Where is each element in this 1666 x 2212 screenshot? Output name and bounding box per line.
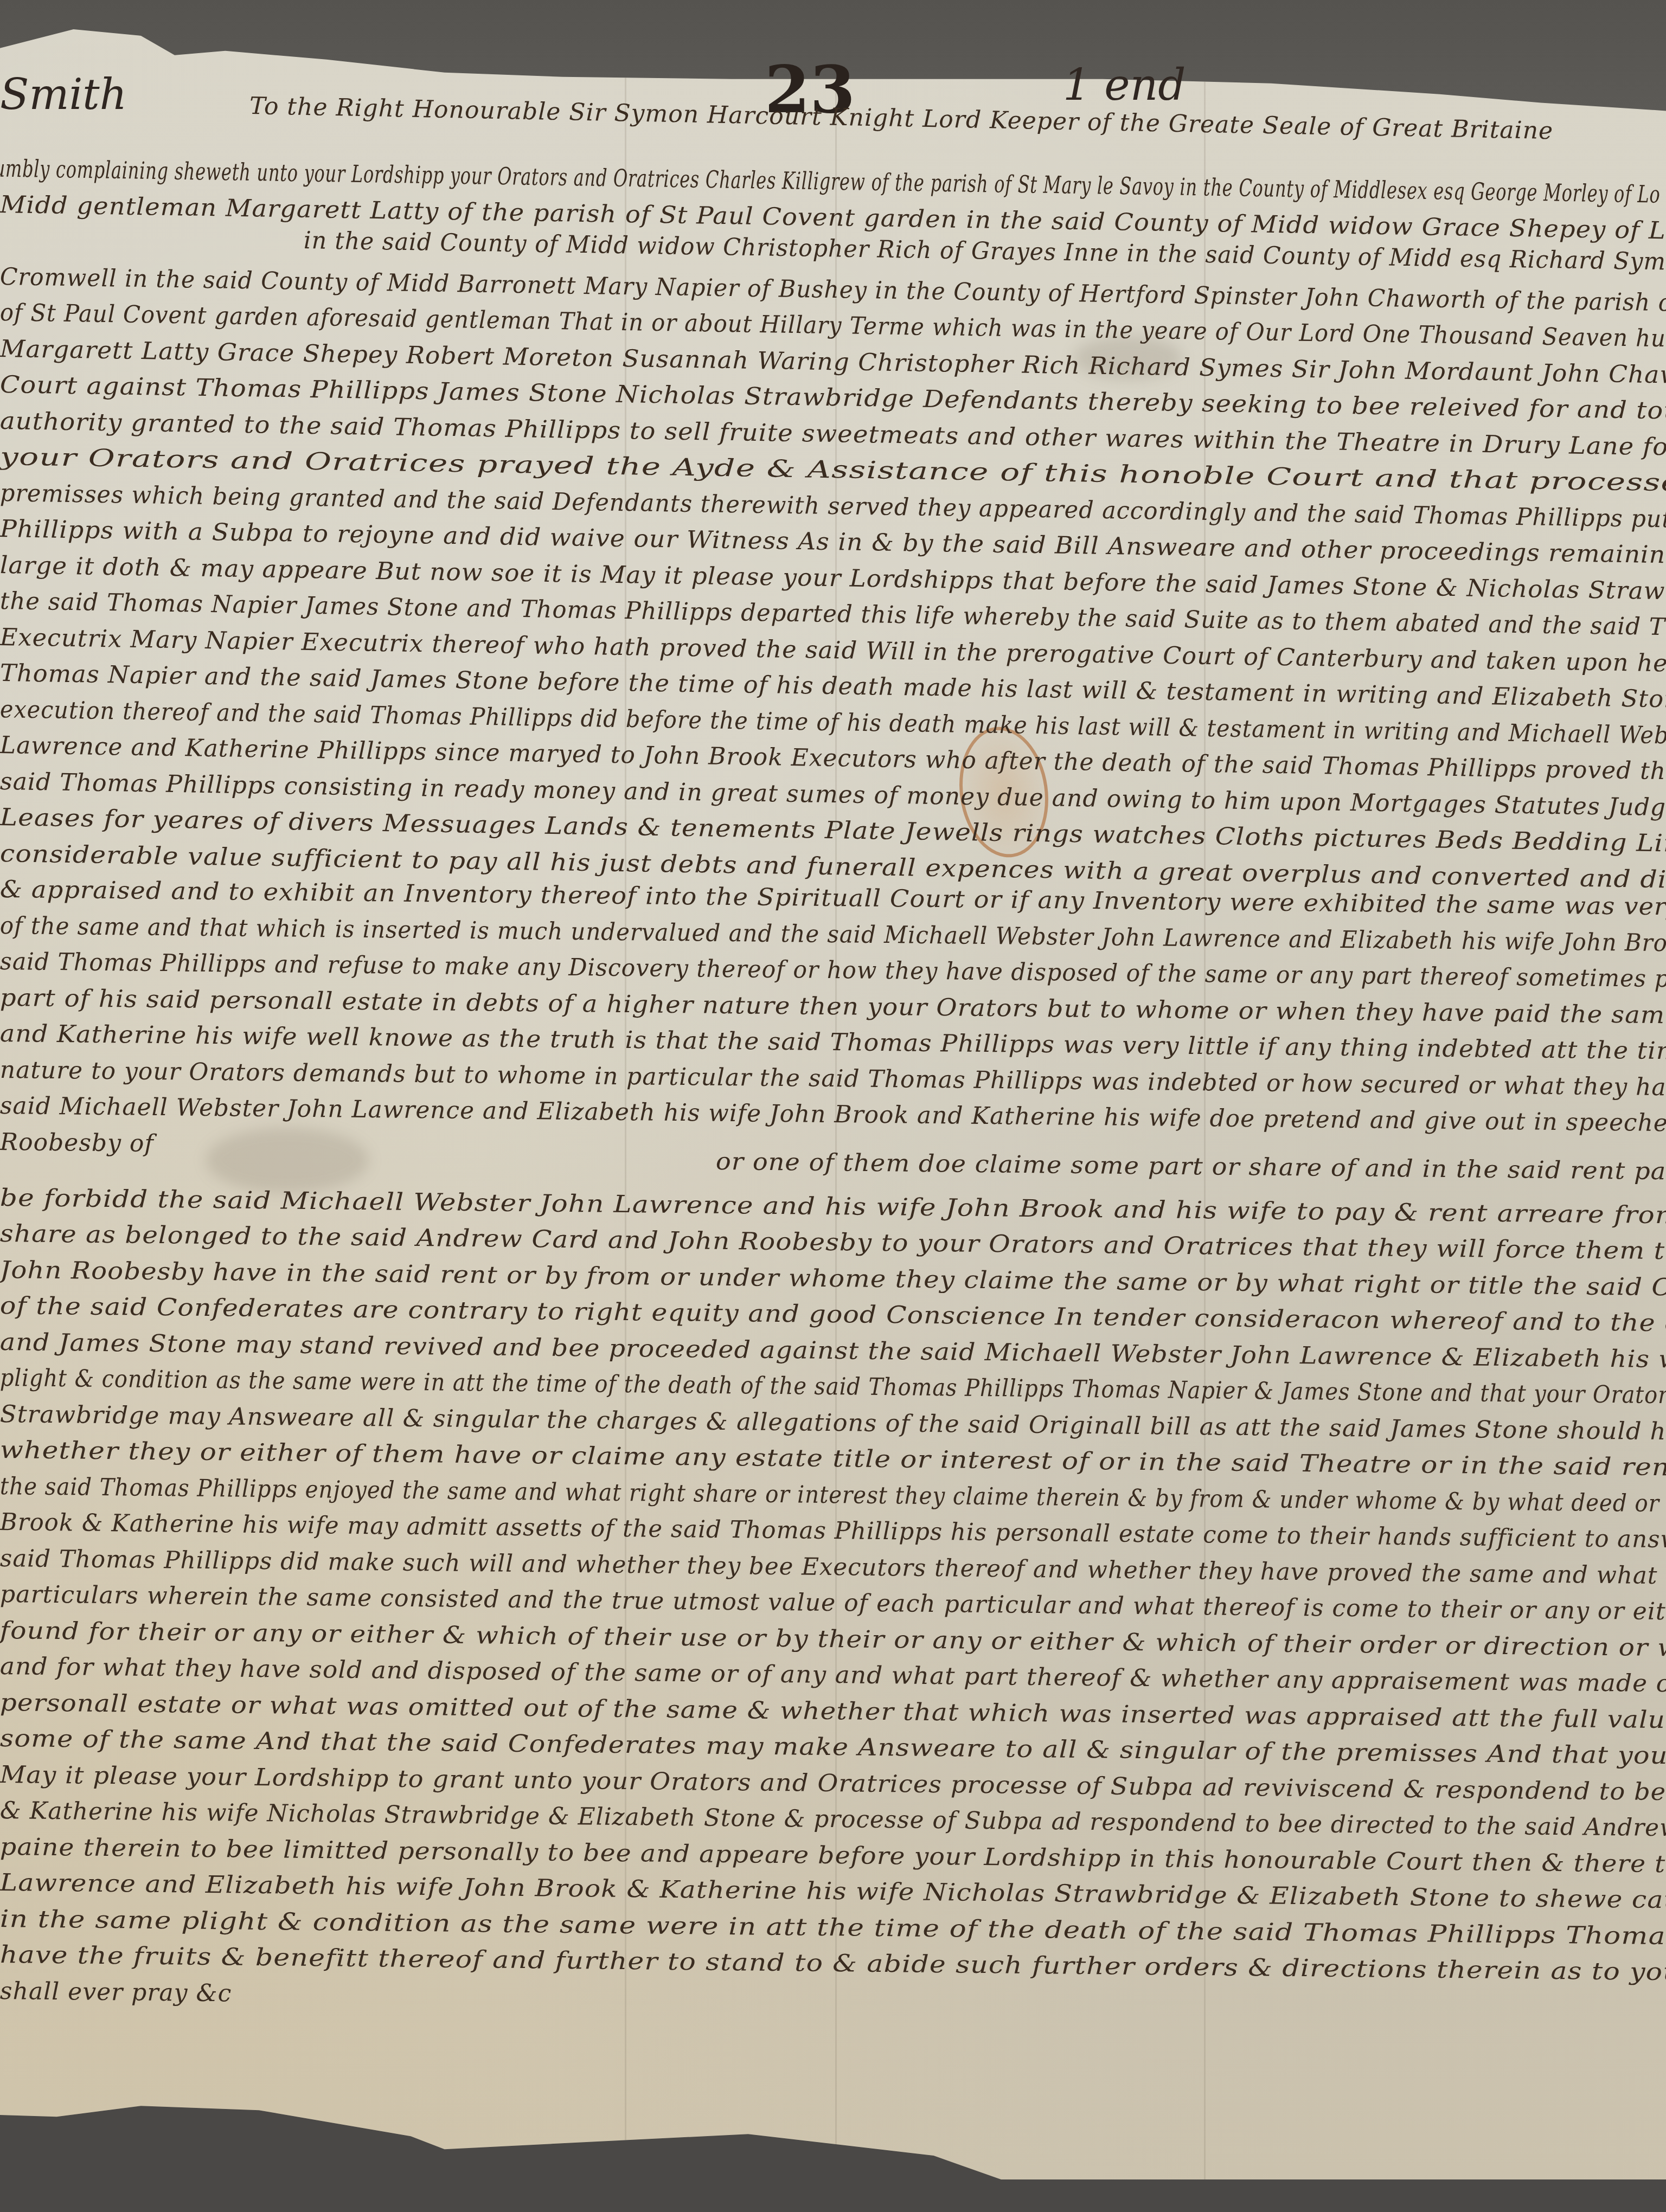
end-annotation: 1 end [1063,60,1186,110]
manuscript-line: shall ever pray &c [0,1977,232,2007]
smudge [206,1128,369,1193]
manuscript-line: Roobesby of [0,1128,154,1158]
margin-name: Smith [0,70,127,119]
